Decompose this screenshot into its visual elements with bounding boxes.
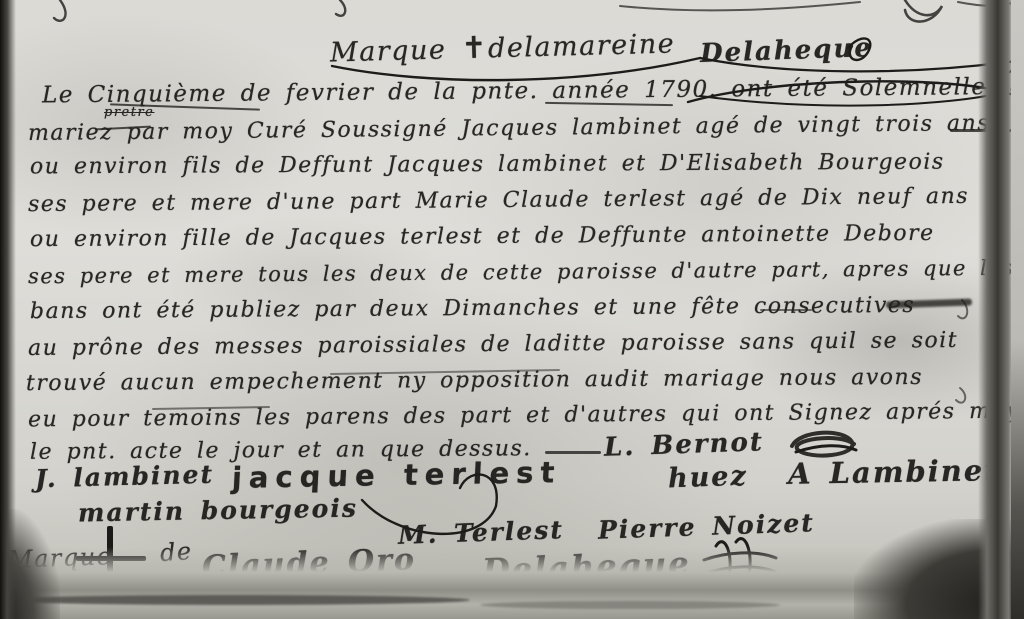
witness-signature: A Lambinet bbox=[788, 453, 1000, 491]
witness-signature-crude: jacque terlest bbox=[231, 455, 562, 495]
page-edge-shadow bbox=[480, 601, 780, 609]
godmother-mark-word: Marque bbox=[330, 34, 447, 68]
facing-page-edge bbox=[1011, 0, 1024, 619]
act-line-6: ses pere et mere tous les deux de cette … bbox=[28, 256, 1015, 289]
priest-signature: L. Bernot bbox=[604, 427, 765, 463]
act-line-4: ses pere et mere d'une part Marie Claude… bbox=[28, 184, 969, 217]
page-edge-shadow bbox=[0, 595, 470, 605]
act-line-10: eu pour temoins les parens des part et d… bbox=[28, 399, 1020, 433]
scanned-register-page: Marque ✝delamareine Delaheque Le Cinquiè… bbox=[0, 0, 1024, 619]
act-line-8: au prône des messes paroissiales de ladi… bbox=[28, 328, 958, 361]
page-left-edge bbox=[0, 0, 16, 619]
act-line-5: ou environ fille de Jacques terlest et d… bbox=[30, 221, 935, 252]
interline-insertion: pretre bbox=[104, 105, 154, 120]
godmother-mark-name: delamareine bbox=[488, 28, 676, 64]
binding-gutter bbox=[978, 0, 1014, 619]
witness-signature: huez bbox=[667, 461, 748, 495]
dash-stroke bbox=[545, 451, 601, 454]
act-line-1: Le Cinquième de fevrier de la pnte. anné… bbox=[42, 74, 1024, 109]
act-line-3: ou environ fils de Deffunt Jacques lambi… bbox=[30, 150, 945, 180]
cross-mark-icon: ✝ bbox=[461, 30, 489, 66]
witness-signature: M. Terlest bbox=[398, 515, 565, 550]
godmother-mark-label: Marque ✝delamareine bbox=[330, 25, 676, 69]
act-line-2: mariez par moy Curé Soussigné Jacques la… bbox=[28, 111, 990, 146]
witness-signature: J. lambinet bbox=[35, 460, 215, 494]
witness-signature: Pierre Noizet bbox=[598, 508, 816, 545]
underline-stroke bbox=[760, 309, 812, 311]
witness-signature: martin bourgeois bbox=[78, 494, 358, 528]
clerk-signature-top: Delaheque bbox=[700, 33, 874, 69]
